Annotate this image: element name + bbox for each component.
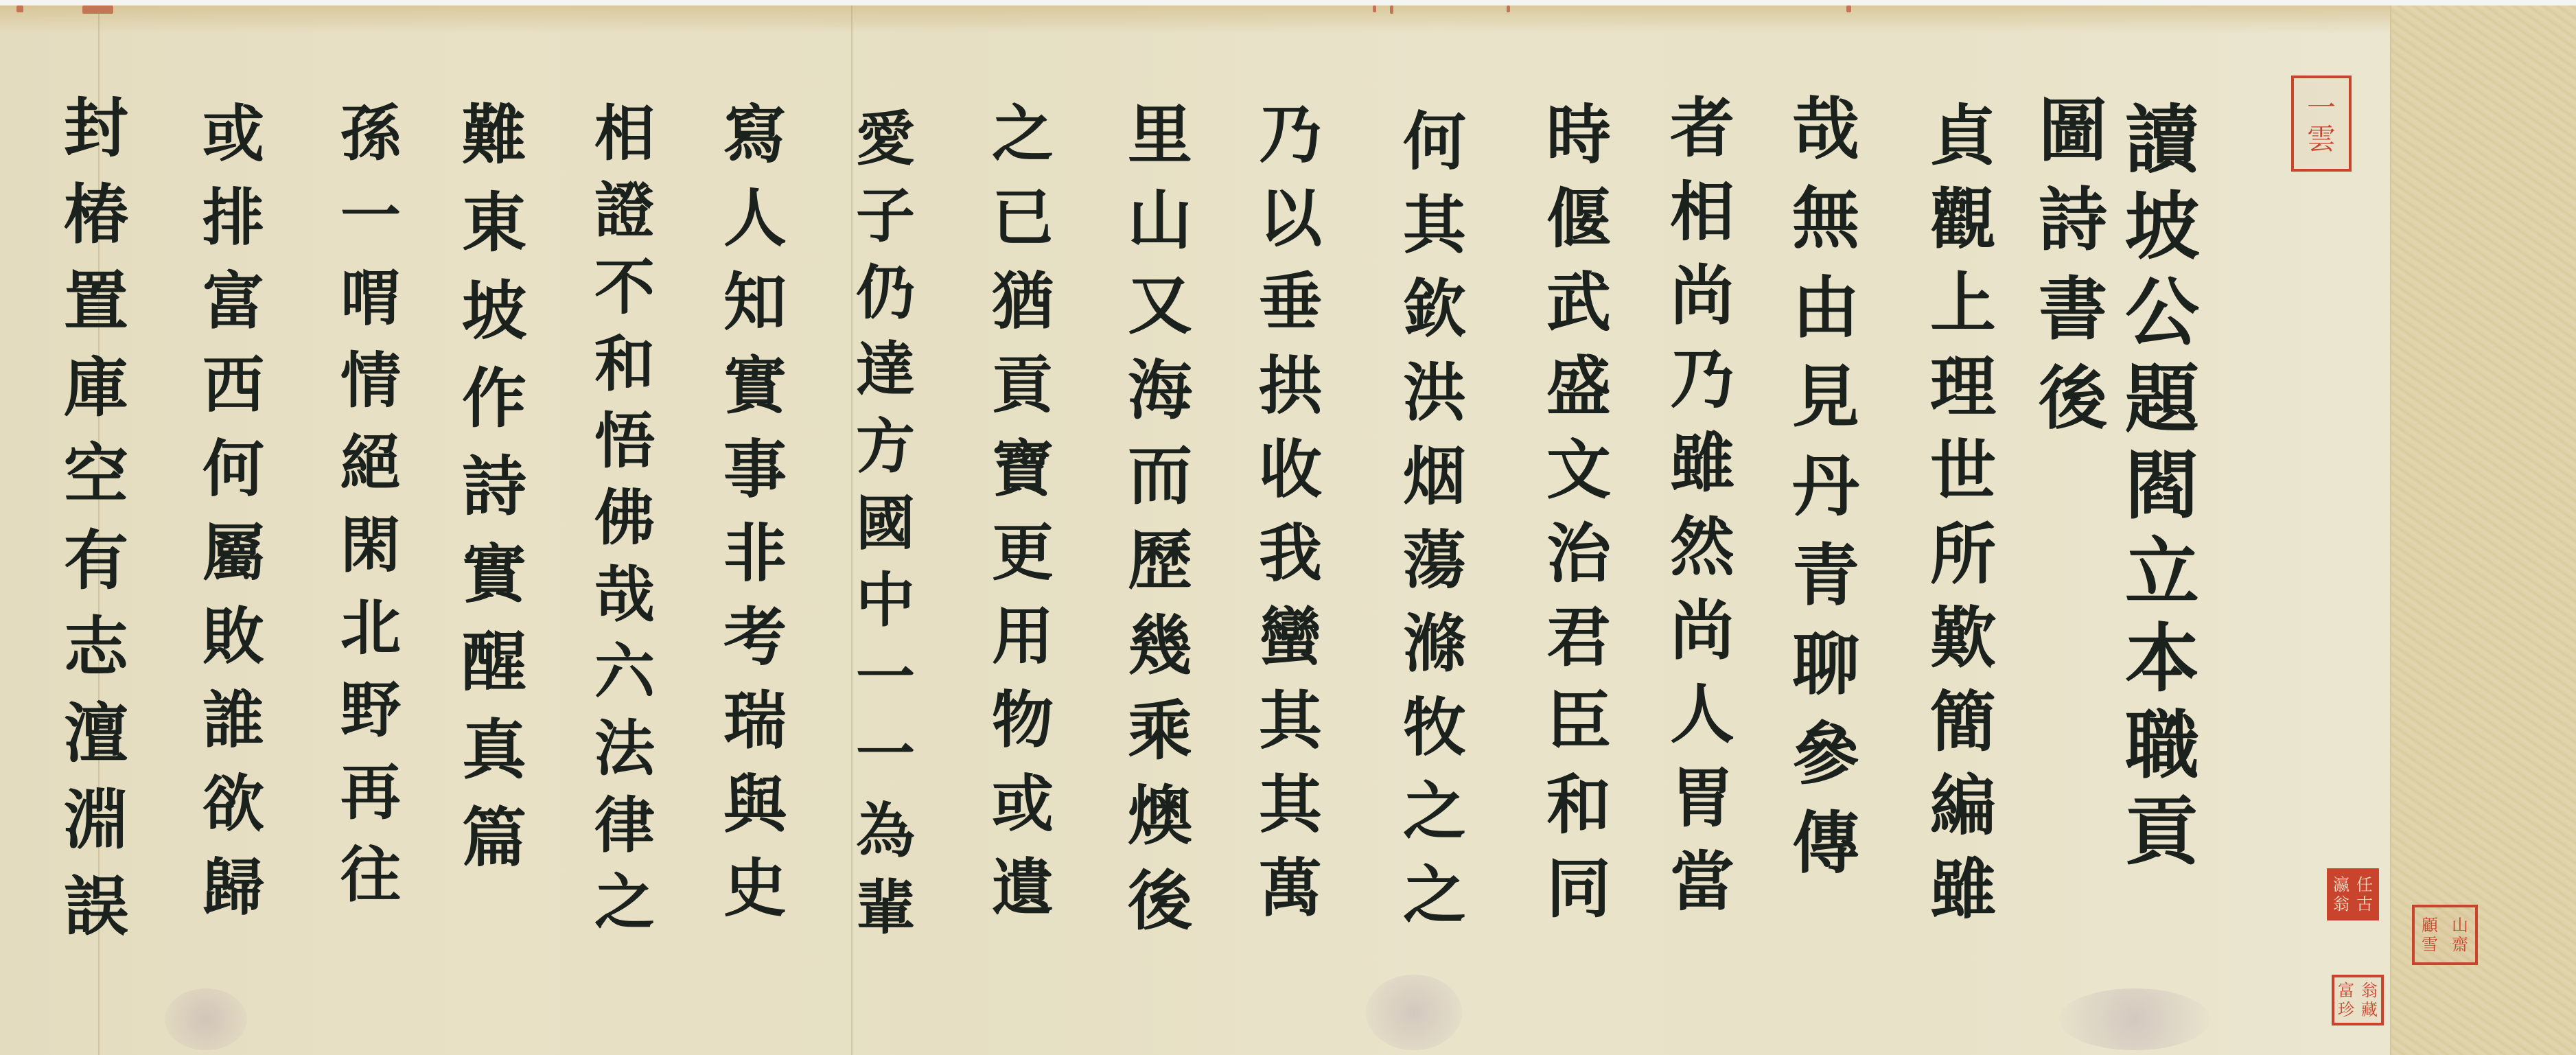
- calligraphy-character: 北: [340, 597, 401, 658]
- calligraphy-character: 詩: [462, 454, 526, 519]
- calligraphy-character: 孫: [340, 103, 401, 163]
- calligraphy-character: 國: [856, 494, 915, 553]
- calligraphy-character: 或: [202, 103, 264, 165]
- calligraphy-character: 之: [992, 103, 1054, 165]
- calligraphy-character: 野: [340, 680, 401, 740]
- calligraphy-character: 無: [1792, 185, 1859, 253]
- calligraphy-character: 後: [1128, 869, 1192, 934]
- calligraphy-character: 淵: [64, 788, 128, 853]
- calligraphy-character: 編: [1930, 773, 1996, 839]
- text-column: 難東坡作詩實醒真篇: [462, 103, 526, 894]
- calligraphy-character: 再: [340, 762, 401, 822]
- calligraphy-character: 相: [594, 103, 655, 163]
- calligraphy-character: 和: [1546, 773, 1611, 837]
- calligraphy-character: 讀: [2125, 103, 2199, 177]
- calligraphy-character: 上: [1930, 270, 1996, 336]
- calligraphy-character: 已: [992, 187, 1054, 248]
- calligraphy-character: 志: [64, 615, 128, 680]
- top-seal-remnant: [16, 5, 23, 12]
- calligraphy-character: 一: [340, 185, 401, 246]
- calligraphy-character: 洪: [1403, 361, 1466, 424]
- calligraphy-character: 富: [202, 270, 264, 332]
- calligraphy-character: 雖: [1930, 857, 1996, 923]
- seal-character: 任: [2353, 875, 2376, 894]
- calligraphy-character: 六: [594, 641, 655, 702]
- calligraphy-character: 武: [1546, 270, 1611, 335]
- calligraphy-character: 事: [723, 438, 787, 501]
- calligraphy-character: 君: [1546, 605, 1611, 670]
- calligraphy-character: 燠: [1128, 784, 1192, 848]
- paper-stain: [165, 988, 247, 1050]
- calligraphy-character: 山: [1128, 188, 1192, 253]
- calligraphy-character: 法: [594, 718, 655, 778]
- calligraphy-character: 人: [1670, 682, 1734, 747]
- seal-character: 顧: [2415, 916, 2445, 935]
- calligraphy-character: 坡: [462, 279, 526, 343]
- calligraphy-character: 考: [723, 605, 787, 669]
- calligraphy-character: 當: [1670, 850, 1734, 914]
- calligraphy-character: 見: [1792, 364, 1859, 431]
- calligraphy-character: 簡: [1930, 689, 1996, 755]
- calligraphy-character: 哉: [1792, 96, 1859, 163]
- calligraphy-character: 所: [1930, 522, 1996, 588]
- paper-stain: [2059, 988, 2210, 1050]
- calligraphy-character: 乘: [1128, 699, 1192, 763]
- seal-character: 雲: [2294, 124, 2349, 155]
- calligraphy-character: 萬: [1259, 857, 1322, 920]
- calligraphy-character: 或: [992, 773, 1054, 835]
- top-seal-remnant: [82, 5, 113, 14]
- calligraphy-character: 篇: [462, 806, 526, 870]
- calligraphy-character: 誰: [202, 689, 264, 751]
- collector-seal-1: 瀛任翁古: [2327, 868, 2379, 920]
- top-seal-remnant: [1507, 5, 1510, 12]
- top-seal-remnant: [1373, 5, 1376, 12]
- calligraphy-character: 猶: [992, 270, 1054, 332]
- calligraphy-character: 圖: [2039, 96, 2107, 165]
- silk-mount-border: [2390, 5, 2576, 1055]
- calligraphy-character: 我: [1259, 522, 1322, 585]
- calligraphy-character: 烟: [1403, 445, 1466, 508]
- calligraphy-character: 悟: [594, 410, 655, 471]
- seal-character: 藏: [2358, 1000, 2381, 1019]
- calligraphy-character: 坡: [2125, 189, 2199, 264]
- calligraphy-character: 證: [594, 180, 655, 240]
- calligraphy-character: 作: [462, 367, 526, 431]
- calligraphy-character: 不: [594, 257, 655, 317]
- calligraphy-character: 寫: [723, 103, 787, 166]
- calligraphy-character: 垂: [1259, 270, 1322, 334]
- top-seal-remnant: [1846, 5, 1851, 12]
- calligraphy-character: 職: [2125, 708, 2199, 782]
- text-column: 圖詩書後: [2039, 96, 2107, 453]
- calligraphy-character: 海: [1128, 358, 1192, 423]
- calligraphy-character: 由: [1792, 275, 1859, 342]
- seal-character: 山: [2445, 916, 2475, 935]
- paper-seam: [851, 5, 852, 1055]
- top-seal-remnant: [1390, 5, 1393, 14]
- calligraphy-character: 者: [1670, 96, 1734, 161]
- calligraphy-character: 東: [462, 191, 526, 255]
- calligraphy-character: 醒: [462, 630, 526, 695]
- calligraphy-character: 佛: [594, 487, 655, 548]
- calligraphy-character: 尚: [1670, 599, 1734, 663]
- calligraphy-character: 歷: [1128, 529, 1192, 593]
- calligraphy-character: 仍: [856, 264, 915, 323]
- calligraphy-character: 書: [2039, 275, 2107, 343]
- seal-character: 翁: [2358, 981, 2381, 1000]
- calligraphy-character: 又: [1128, 273, 1192, 338]
- calligraphy-character: 用: [992, 605, 1054, 667]
- calligraphy-character: 子: [856, 187, 915, 246]
- calligraphy-character: 而: [1128, 443, 1192, 508]
- calligraphy-character: 滌: [1403, 612, 1466, 675]
- calligraphy-character: 後: [2039, 364, 2107, 432]
- calligraphy-character: 實: [462, 542, 526, 607]
- text-column: 孫一喟情絕閑北野再往: [340, 103, 401, 927]
- calligraphy-character: 收: [1259, 438, 1322, 501]
- calligraphy-character: 閻: [2125, 449, 2199, 523]
- text-column: 之已猶貢寶更用物或遺: [992, 103, 1054, 940]
- calligraphy-character: 丹: [1792, 453, 1859, 520]
- text-column: 哉無由見丹青聊參傳: [1792, 96, 1859, 899]
- text-column: 相證不和悟佛哉六法律之: [594, 103, 655, 949]
- calligraphy-character: 一: [856, 725, 915, 784]
- calligraphy-character: 何: [202, 438, 264, 500]
- calligraphy-character: 拱: [1259, 354, 1322, 417]
- calligraphy-character: 愛: [856, 110, 915, 169]
- calligraphy-character: 喟: [340, 268, 401, 328]
- text-column: 寫人知實事非考瑞與史: [723, 103, 787, 940]
- calligraphy-character: 貞: [1930, 103, 1996, 169]
- calligraphy-character: 絕: [340, 432, 401, 493]
- calligraphy-character: 牧: [1403, 696, 1466, 759]
- calligraphy-character: 公: [2125, 276, 2199, 350]
- text-column: 或排富西何屬敗誰欲歸: [202, 103, 264, 940]
- text-column: 里山又海而歷幾乘燠後: [1128, 103, 1192, 954]
- calligraphy-character: 往: [340, 844, 401, 905]
- seal-character: 一: [2294, 92, 2349, 124]
- calligraphy-character: 歸: [202, 857, 264, 918]
- text-column: 者相尚乃雖然尚人胃當: [1670, 96, 1734, 934]
- calligraphy-character: 律: [594, 795, 655, 855]
- calligraphy-character: 空: [64, 442, 128, 507]
- calligraphy-character: 參: [1792, 721, 1859, 788]
- calligraphy-character: 傳: [1792, 810, 1859, 877]
- calligraphy-character: 庫: [64, 356, 128, 420]
- calligraphy-character: 封: [64, 96, 128, 161]
- calligraphy-character: 相: [1670, 180, 1734, 244]
- calligraphy-character: 青: [1792, 542, 1859, 610]
- text-column: 時偃武盛文治君臣和同: [1546, 103, 1611, 940]
- calligraphy-character: 閑: [340, 515, 401, 575]
- calligraphy-character: 椿: [64, 183, 128, 247]
- calligraphy-character: 偃: [1546, 187, 1611, 251]
- calligraphy-character: 其: [1259, 773, 1322, 836]
- calligraphy-character: 貢: [992, 354, 1054, 416]
- calligraphy-character: 胃: [1670, 766, 1734, 831]
- seal-character: 雪: [2415, 935, 2445, 954]
- calligraphy-character: 欽: [1403, 277, 1466, 340]
- calligraphy-character: 和: [594, 334, 655, 394]
- text-column: 封椿置庫空有志澶淵誤: [64, 96, 128, 961]
- calligraphy-character: 治: [1546, 522, 1611, 586]
- calligraphy-character: 置: [64, 269, 128, 334]
- calligraphy-character: 題: [2125, 362, 2199, 437]
- calligraphy-character: 輩: [856, 879, 915, 938]
- calligraphy-character: 同: [1546, 857, 1611, 921]
- seal-character: 珍: [2334, 1000, 2358, 1019]
- calligraphy-character: 文: [1546, 438, 1611, 502]
- calligraphy-character: 中: [856, 571, 915, 630]
- calligraphy-character: 時: [1546, 103, 1611, 167]
- seal-character: 翁: [2330, 894, 2353, 914]
- calligraphy-character: 澶: [64, 702, 128, 766]
- calligraphy-character: 聊: [1792, 631, 1859, 699]
- collector-seal-2: 富翁珍藏: [2332, 975, 2384, 1025]
- calligraphy-character: 何: [1403, 110, 1466, 173]
- calligraphy-character: 為: [856, 802, 915, 861]
- calligraphy-character: 有: [64, 529, 128, 593]
- calligraphy-character: 貢: [2125, 795, 2199, 869]
- calligraphy-character: 人: [723, 187, 787, 250]
- calligraphy-character: 哉: [594, 564, 655, 625]
- seal-character: 齋: [2445, 935, 2475, 954]
- calligraphy-character: 盛: [1546, 354, 1611, 419]
- calligraphy-character: 蠻: [1259, 605, 1322, 669]
- calligraphy-character: 真: [462, 718, 526, 782]
- calligraphy-character: 排: [202, 187, 264, 248]
- seal-character: 富: [2334, 981, 2358, 1000]
- calligraphy-character: 情: [340, 350, 401, 410]
- calligraphy-character: 理: [1930, 354, 1996, 420]
- calligraphy-character: 瑞: [723, 689, 787, 752]
- text-column: 愛子仍達方國中一一為輩: [856, 110, 915, 955]
- calligraphy-character: 更: [992, 522, 1054, 583]
- calligraphy-character: 方: [856, 417, 915, 476]
- calligraphy-character: 史: [723, 857, 787, 920]
- leading-seal: 一雲: [2291, 76, 2352, 172]
- calligraphy-character: 之: [1403, 863, 1466, 927]
- calligraphy-character: 寶: [992, 438, 1054, 500]
- calligraphy-character: 敗: [202, 605, 264, 667]
- calligraphy-character: 雖: [1670, 431, 1734, 496]
- calligraphy-character: 立: [2125, 535, 2199, 610]
- calligraphy-character: 其: [1259, 689, 1322, 752]
- calligraphy-character: 世: [1930, 438, 1996, 504]
- calligraphy-character: 里: [1128, 103, 1192, 167]
- calligraphy-character: 知: [723, 270, 787, 334]
- calligraphy-character: 誤: [64, 874, 128, 939]
- calligraphy-character: 然: [1670, 515, 1734, 579]
- seal-character: 瀛: [2330, 875, 2353, 894]
- calligraphy-character: 之: [594, 872, 655, 932]
- calligraphy-character: 乃: [1670, 347, 1734, 412]
- calligraphy-character: 一: [856, 648, 915, 707]
- calligraphy-character: 實: [723, 354, 787, 417]
- calligraphy-character: 乃: [1259, 103, 1322, 166]
- calligraphy-character: 其: [1403, 194, 1466, 257]
- calligraphy-character: 尚: [1670, 264, 1734, 328]
- calligraphy-character: 與: [723, 773, 787, 836]
- calligraphy-character: 難: [462, 103, 526, 167]
- text-column: 貞觀上理世所歎簡編雖: [1930, 103, 1996, 940]
- text-column: 何其欽洪烟蕩滌牧之之: [1403, 110, 1466, 947]
- seal-character: 古: [2353, 894, 2376, 914]
- calligraphy-character: 物: [992, 689, 1054, 751]
- calligraphy-character: 非: [723, 522, 787, 585]
- calligraphy-character: 本: [2125, 622, 2199, 696]
- calligraphy-character: 觀: [1930, 187, 1996, 253]
- calligraphy-character: 西: [202, 354, 264, 416]
- calligraphy-character: 欲: [202, 773, 264, 835]
- text-column: 乃以垂拱收我蠻其其萬: [1259, 103, 1322, 940]
- calligraphy-character: 遺: [992, 857, 1054, 918]
- calligraphy-character: 以: [1259, 187, 1322, 250]
- calligraphy-character: 臣: [1546, 689, 1611, 754]
- collector-seal-3: 顧山雪齋: [2412, 905, 2478, 965]
- calligraphy-character: 幾: [1128, 614, 1192, 678]
- calligraphy-character: 之: [1403, 780, 1466, 843]
- calligraphy-character: 屬: [202, 522, 264, 583]
- calligraphy-character: 詩: [2039, 185, 2107, 254]
- text-column: 讀坡公題閻立本職貢: [2125, 103, 2199, 881]
- calligraphy-character: 蕩: [1403, 529, 1466, 592]
- calligraphy-character: 歎: [1930, 605, 1996, 671]
- paper-stain: [1366, 975, 1462, 1050]
- calligraphy-character: 達: [856, 340, 915, 399]
- calligraphy-scroll: 讀坡公題閻立本職貢圖詩書後貞觀上理世所歎簡編雖哉無由見丹青聊參傳者相尚乃雖然尚人…: [0, 0, 2576, 1055]
